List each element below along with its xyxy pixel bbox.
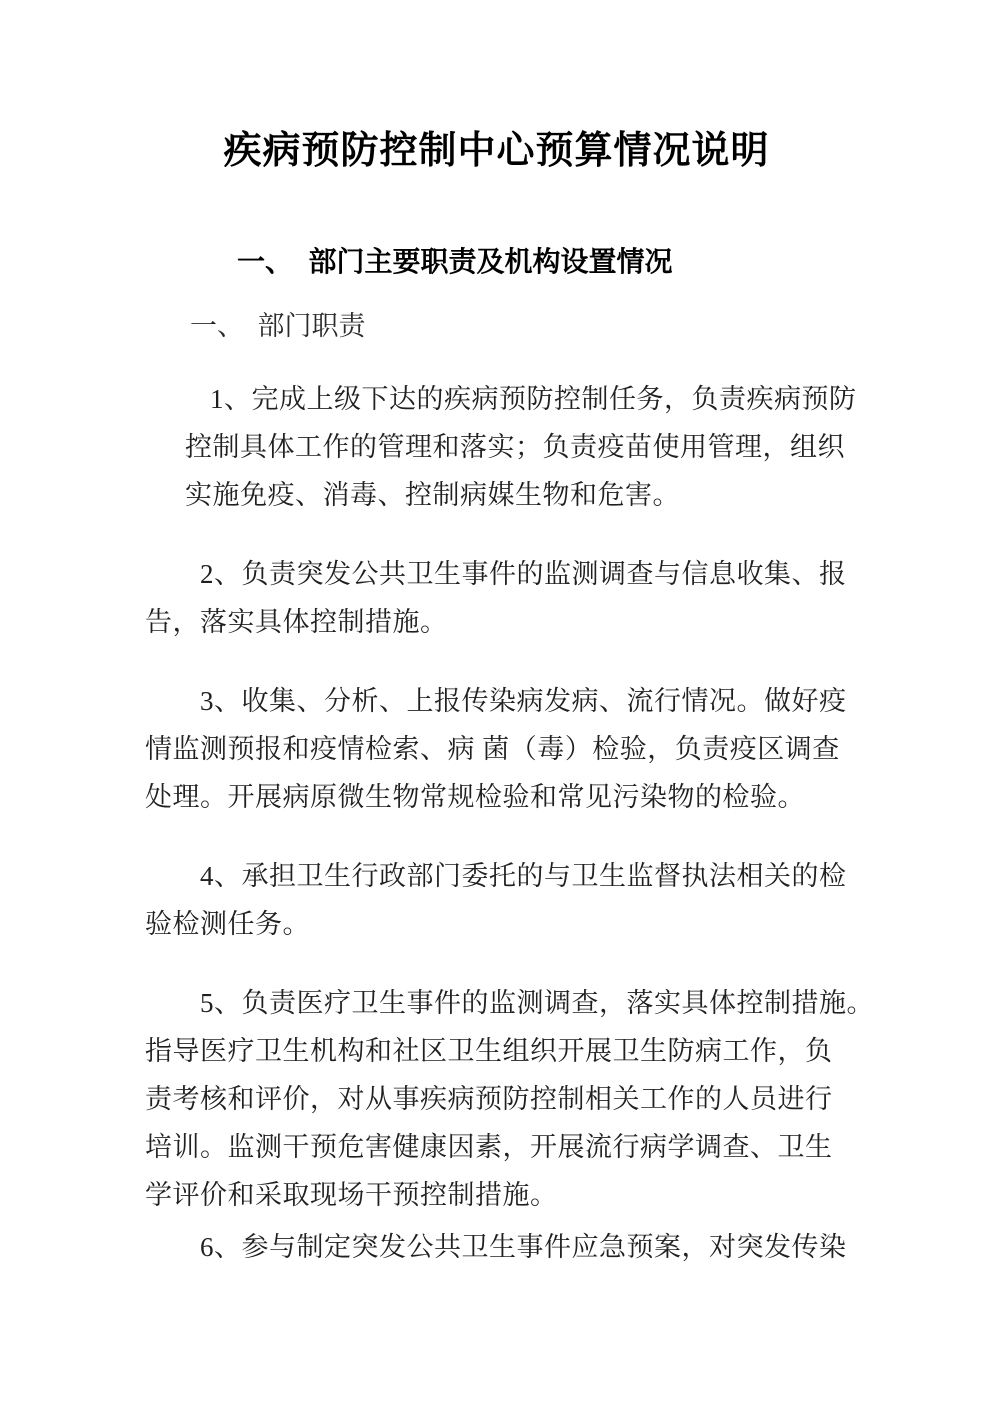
text-line: 责考核和评价，对从事疾病预防控制相关工作的人员进行 — [145, 1075, 861, 1123]
paragraph-1: 1、完成上级下达的疾病预防控制任务，负责疾病预防 控制具体工作的管理和落实；负责… — [185, 375, 861, 519]
section-heading: 一、 部门主要职责及机构设置情况 — [237, 242, 993, 282]
text-line: 处理。开展病原微生物常规检验和常见污染物的检验。 — [145, 773, 861, 821]
text-line: 1、完成上级下达的疾病预防控制任务，负责疾病预防 — [185, 375, 861, 423]
subsection-heading: 一、 部门职责 — [190, 308, 993, 344]
text-line: 2、负责突发公共卫生事件的监测调查与信息收集、报 — [145, 550, 861, 598]
text-line: 6、参与制定突发公共卫生事件应急预案，对突发传染 — [145, 1223, 861, 1271]
paragraph-2: 2、负责突发公共卫生事件的监测调查与信息收集、报 告，落实具体控制措施。 — [145, 550, 861, 646]
text-line: 情监测预报和疫情检索、病 菌（毒）检验，负责疫区调查 — [145, 725, 861, 773]
text-line: 指导医疗卫生机构和社区卫生组织开展卫生防病工作，负 — [145, 1027, 861, 1075]
text-line: 学评价和采取现场干预控制措施。 — [145, 1171, 861, 1219]
text-line: 3、收集、分析、上报传染病发病、流行情况。做好疫 — [145, 677, 861, 725]
text-line: 实施免疫、消毒、控制病媒生物和危害。 — [185, 471, 861, 519]
text-line: 4、承担卫生行政部门委托的与卫生监督执法相关的检 — [145, 852, 861, 900]
paragraph-3: 3、收集、分析、上报传染病发病、流行情况。做好疫 情监测预报和疫情检索、病 菌（… — [145, 677, 861, 821]
text-line: 培训。监测干预危害健康因素，开展流行病学调查、卫生 — [145, 1123, 861, 1171]
document-page: 疾病预防控制中心预算情况说明 一、 部门主要职责及机构设置情况 一、 部门职责 … — [0, 0, 993, 1404]
text-line: 告，落实具体控制措施。 — [145, 598, 861, 646]
text-line: 5、负责医疗卫生事件的监测调查，落实具体控制措施。 — [145, 979, 861, 1027]
paragraph-4: 4、承担卫生行政部门委托的与卫生监督执法相关的检 验检测任务。 — [145, 852, 861, 948]
text-line: 验检测任务。 — [145, 900, 861, 948]
document-title: 疾病预防控制中心预算情况说明 — [0, 126, 993, 176]
paragraph-6: 6、参与制定突发公共卫生事件应急预案，对突发传染 — [145, 1223, 861, 1271]
paragraph-5: 5、负责医疗卫生事件的监测调查，落实具体控制措施。 指导医疗卫生机构和社区卫生组… — [145, 979, 861, 1219]
text-line: 控制具体工作的管理和落实；负责疫苗使用管理，组织 — [185, 423, 861, 471]
